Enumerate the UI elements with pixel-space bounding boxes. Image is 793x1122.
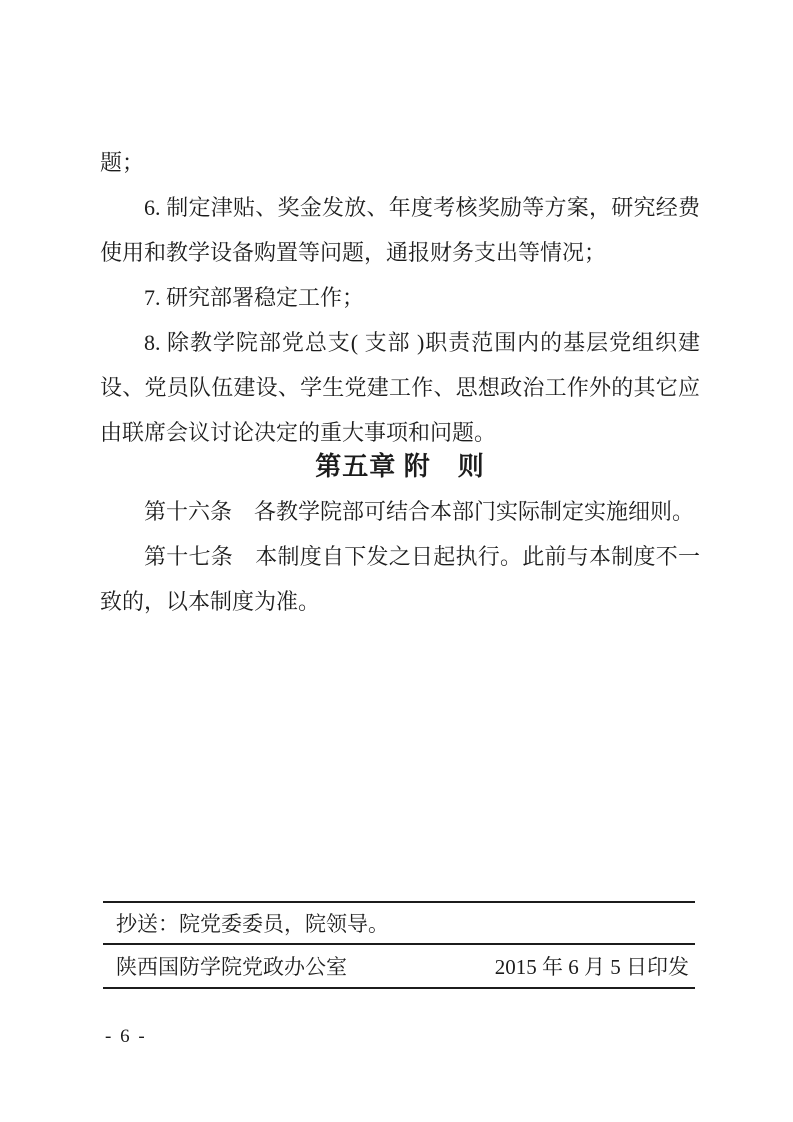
continuation-line: 题； bbox=[100, 140, 700, 185]
cc-row: 抄送：院党委委员，院领导。 bbox=[103, 903, 695, 945]
document-footer: 抄送：院党委委员，院领导。 陕西国防学院党政办公室 2015 年 6 月 5 日… bbox=[103, 901, 695, 989]
print-date: 2015 年 6 月 5 日印发 bbox=[495, 951, 689, 981]
issuer-row: 陕西国防学院党政办公室 2015 年 6 月 5 日印发 bbox=[103, 945, 695, 989]
cc-line: 抄送：院党委委员，院领导。 bbox=[116, 908, 389, 938]
page-number: - 6 - bbox=[105, 1026, 147, 1048]
document-page: 题； 6. 制定津贴、奖金发放、年度考核奖励等方案，研究经费使用和教学设备购置等… bbox=[0, 0, 793, 1122]
issuing-office: 陕西国防学院党政办公室 bbox=[116, 951, 347, 981]
list-item-6: 6. 制定津贴、奖金发放、年度考核奖励等方案，研究经费使用和教学设备购置等问题，… bbox=[100, 185, 700, 275]
list-item-7: 7. 研究部署稳定工作； bbox=[100, 275, 700, 320]
article-16: 第十六条 各教学院部可结合本部门实际制定实施细则。 bbox=[100, 489, 700, 534]
list-item-8: 8. 除教学院部党总支( 支部 )职责范围内的基层党组织建设、党员队伍建设、学生… bbox=[100, 320, 700, 455]
document-body: 题； 6. 制定津贴、奖金发放、年度考核奖励等方案，研究经费使用和教学设备购置等… bbox=[100, 140, 700, 624]
article-17: 第十七条 本制度自下发之日起执行。此前与本制度不一致的，以本制度为准。 bbox=[100, 534, 700, 624]
